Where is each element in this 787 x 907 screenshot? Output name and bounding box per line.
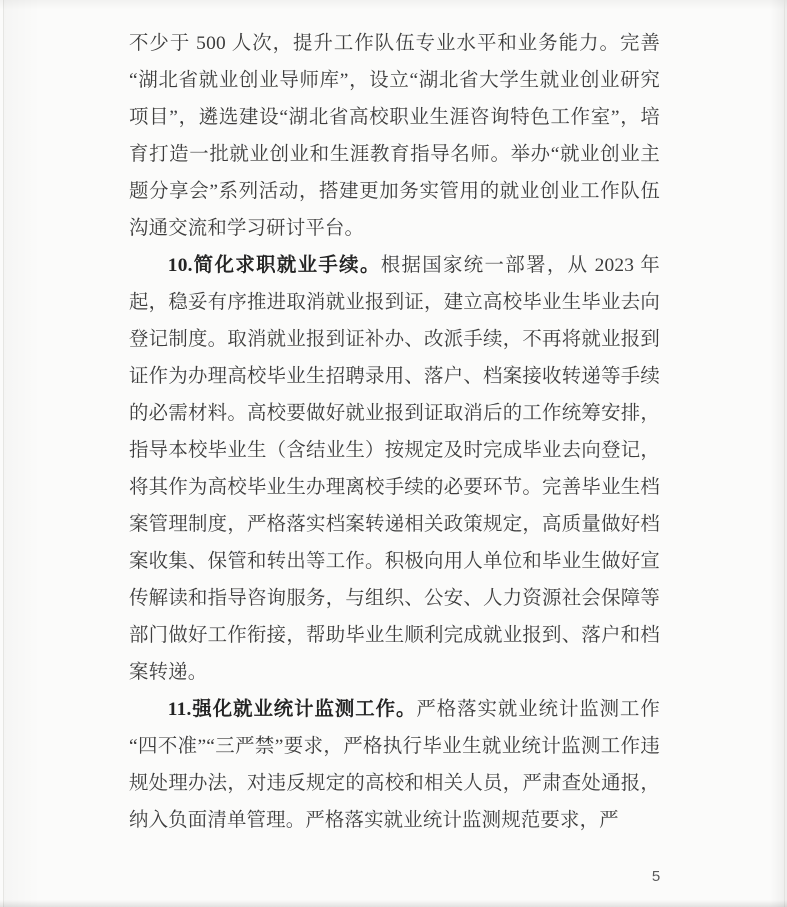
paragraph-item-10: 10.简化求职就业手续。根据国家统一部署，从 2023 年起，稳妥有序推进取消就… (129, 247, 660, 691)
page-right-edge-line (784, 0, 785, 907)
paragraph-lead: 11.强化就业统计监测工作。 (168, 699, 417, 720)
paragraph-item-11: 11.强化就业统计监测工作。严格落实就业统计监测工作“四不准”“三严禁”要求，严… (129, 691, 660, 839)
scanned-document-page: { "document": { "language": "zh-CN", "pa… (0, 0, 787, 907)
paragraph-lead: 10.简化求职就业手续。 (168, 255, 381, 276)
document-body-text: 不少于 500 人次，提升工作队伍专业水平和业务能力。完善“湖北省就业创业导师库… (129, 25, 660, 839)
page-number: 5 (646, 868, 666, 885)
page-left-edge-shade (4, 0, 40, 907)
page-bottom-edge-shade (0, 900, 787, 907)
page-top-edge-shade (0, 0, 787, 10)
paragraph-body: 根据国家统一部署，从 2023 年起，稳妥有序推进取消就业报到证，建立高校毕业生… (129, 255, 660, 683)
page-left-edge-line (3, 0, 4, 907)
paragraph-continuation: 不少于 500 人次，提升工作队伍专业水平和业务能力。完善“湖北省就业创业导师库… (129, 25, 660, 247)
paragraph-body: 不少于 500 人次，提升工作队伍专业水平和业务能力。完善“湖北省就业创业导师库… (129, 33, 660, 239)
